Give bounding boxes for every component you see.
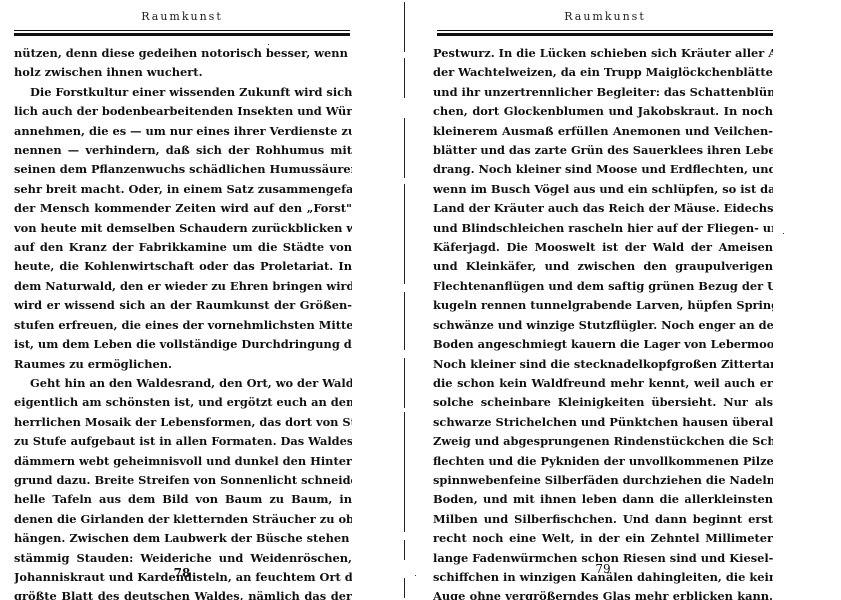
text-line: zu Stufe aufgebaut ist in allen Formaten… [14,432,352,451]
text-line: Zweig und abgesprungenen Rindenstückchen… [433,432,773,451]
text-line: chen, dort Glockenblumen und Jakobskraut… [433,102,773,121]
text-line: denen die Girlanden der kletternden Strä… [14,510,352,529]
text-line: spinnwebenfeine Silberfäden durchziehen … [433,471,773,490]
text-line: dem Naturwald, den er wieder zu Ehren br… [14,277,352,296]
text-line: annehmen, die es — um nur eines ihrer Ve… [14,122,352,141]
text-line: Geht hin an den Waldesrand, den Ort, wo … [14,374,352,393]
text-line: und Kleinkäfer, und zwischen den graupul… [433,257,773,276]
text-line: kugeln rennen tunnelgrabende Larven, hüp… [433,296,773,315]
text-line: größte Blatt des deutschen Waldes, nämli… [14,587,352,600]
text-line: herrlichen Mosaik der Lebensformen, das … [14,413,352,432]
left-page: Raumkunst nützen, denn diese gedeihen no… [0,0,405,600]
text-line: Noch kleiner sind die stecknadelkopfgroß… [433,355,773,374]
text-line: wird er wissend sich an der Raumkunst de… [14,296,352,315]
text-line: schwarze Strichelchen und Pünktchen haus… [433,413,773,432]
text-line: und Blindschleichen rascheln hier auf de… [433,219,773,238]
text-line: blätter und das zarte Grün des Sauerklee… [433,141,773,160]
running-head: Raumkunst [14,10,350,23]
text-line: kleinerem Ausmaß erfüllen Anemonen und V… [433,122,773,141]
page-body-text: nützen, denn diese gedeihen notorisch be… [14,44,352,600]
text-line: stufen erfreuen, die eines der vornehmli… [14,316,352,335]
text-line: recht noch eine Welt, in der ein Zehntel… [433,529,773,548]
text-line: Pestwurz. In die Lücken schieben sich Kr… [433,44,773,63]
text-line: lich auch der bodenbearbeitenden Insekte… [14,102,352,121]
text-line: Land der Kräuter auch das Reich der Mäus… [433,199,773,218]
text-line: ist, um dem Leben die vollständige Durch… [14,335,352,354]
header-rule [14,30,350,36]
text-line: solche scheinbare Kleinigkeiten übersieh… [433,393,773,412]
text-line: nennen — verhindern, daß sich der Rohhum… [14,141,352,160]
scan-speck [783,233,784,234]
text-line: Boden angeschmiegt kauern die Lager von … [433,335,773,354]
text-line: wenn im Busch Vögel aus und ein schlüpfe… [433,180,773,199]
text-line: eigentlich am schönsten ist, und ergötzt… [14,393,352,412]
text-line: dämmern webt geheimnisvoll und dunkel de… [14,452,352,471]
right-page: Raumkunst Pestwurz. In die Lücken schieb… [405,0,841,600]
text-line: sehr breit macht. Oder, in einem Satz zu… [14,180,352,199]
text-line: Auge ohne vergrößerndes Glas mehr erblic… [433,587,773,600]
header-rule [437,30,773,36]
header-rule-thin [14,30,350,31]
text-line: Flechtenanflügen und dem saftig grünen B… [433,277,773,296]
page-body-text: Pestwurz. In die Lücken schieben sich Kr… [433,44,773,600]
text-line: der Wachtelweizen, da ein Trupp Maiglöck… [433,63,773,82]
text-line: helle Tafeln aus dem Bild von Baum zu Ba… [14,490,352,509]
text-line: grund dazu. Breite Streifen von Sonnenli… [14,471,352,490]
text-line: nützen, denn diese gedeihen notorisch be… [14,44,352,63]
text-line: hängen. Zwischen dem Laubwerk der Büsche… [14,529,352,548]
text-line: die schon kein Waldfreund mehr kennt, we… [433,374,773,393]
header-rule-thick [14,33,350,36]
header-rule-thick [437,33,773,36]
page-number: 78 [14,566,350,580]
text-line: Die Forstkultur einer wissenden Zukunft … [14,83,352,102]
header-rule-thin [437,30,773,31]
text-line: holz zwischen ihnen wuchert. [14,63,352,82]
text-line: heute, die Kohlenwirtschaft oder das Pro… [14,257,352,276]
scan-speck [268,44,269,45]
scan-speck [415,575,416,576]
text-line: drang. Noch kleiner sind Moose und Erdfl… [433,160,773,179]
text-line: Käferjagd. Die Mooswelt ist der Wald der… [433,238,773,257]
text-line: Raumes zu ermöglichen. [14,355,352,374]
text-line: von heute mit demselben Schaudern zurück… [14,219,352,238]
text-line: auf den Kranz der Fabrikkamine um die St… [14,238,352,257]
text-line: Milben und Silberfischchen. Und dann beg… [433,510,773,529]
text-line: seinen dem Pflanzenwuchs schädlichen Hum… [14,160,352,179]
text-line: schwänze und winzige Stutzflügler. Noch … [433,316,773,335]
text-line: Boden, und mit ihnen leben dann die alle… [433,490,773,509]
page-number: 79 [433,562,773,576]
running-head: Raumkunst [437,10,773,23]
text-line: der Mensch kommender Zeiten wird auf den… [14,199,352,218]
text-line: und ihr unzertrennlicher Begleiter: das … [433,83,773,102]
text-line: flechten und die Pykniden der unvollkomm… [433,452,773,471]
